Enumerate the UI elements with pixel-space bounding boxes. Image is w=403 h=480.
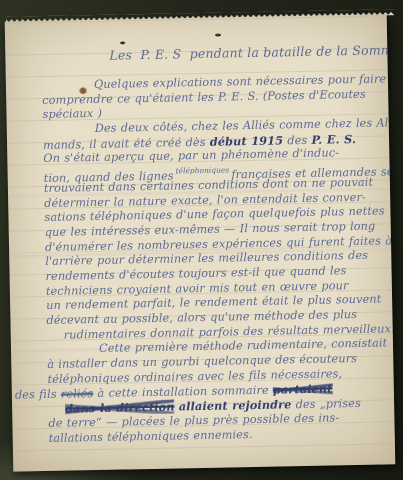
scan-background: { "palette": { "mat_background": "#21251… xyxy=(0,0,403,480)
margin-note: des fils xyxy=(15,388,61,402)
text-segment: tallations téléphoniques ennemies. xyxy=(49,428,253,445)
text-segment: partaient xyxy=(273,382,333,397)
text-segment: spéciaux ) xyxy=(42,107,102,121)
text-segment: P. E. S. xyxy=(311,132,356,147)
text-segment: allaient rejoindre xyxy=(179,397,292,413)
pin-hole xyxy=(215,34,221,37)
interline-insertion: téléphoniques xyxy=(176,166,230,176)
text-segment: des „prises xyxy=(291,397,361,411)
text-segment: reliés xyxy=(61,388,94,402)
text-segment: dans la direction xyxy=(65,400,175,416)
pin-hole xyxy=(120,41,125,44)
text-segment: début 1915 xyxy=(210,133,284,148)
document-title: Les P. E. S pendant la bataille de la So… xyxy=(109,42,395,63)
text-segment: des xyxy=(283,134,312,148)
manuscript-page: Les P. E. S pendant la bataille de la So… xyxy=(5,14,396,471)
manuscript-body: Quelques explications sont nécessaires p… xyxy=(42,72,393,446)
